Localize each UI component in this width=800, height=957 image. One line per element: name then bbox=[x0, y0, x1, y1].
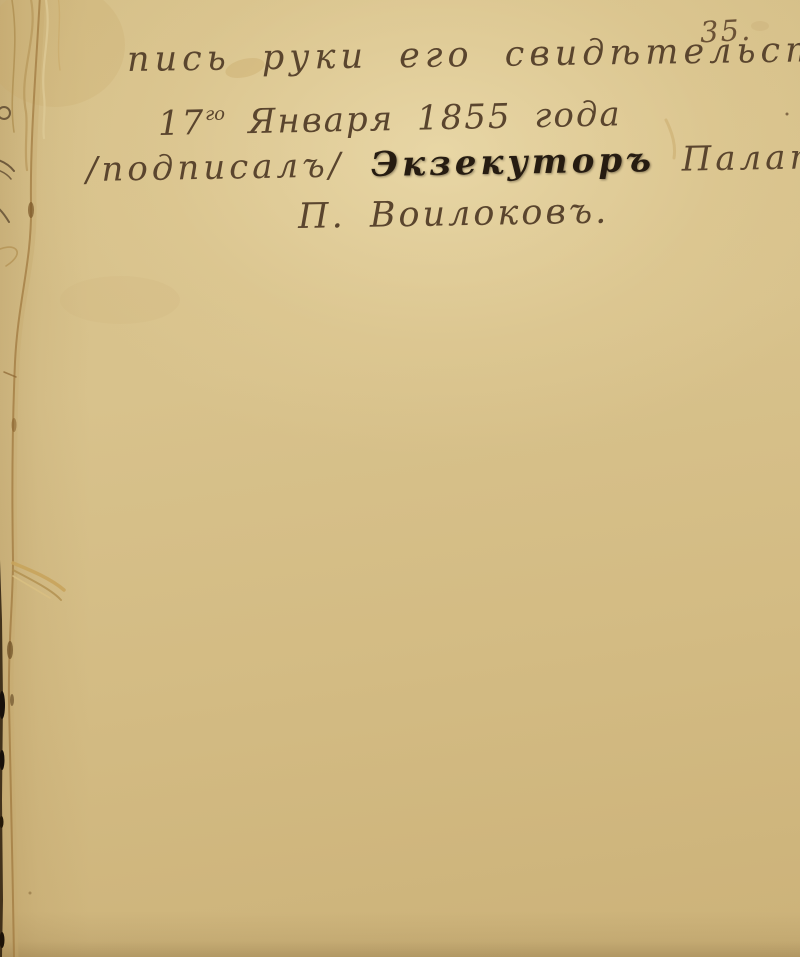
handwritten-line-date: 17го Января 1855 года bbox=[158, 94, 623, 144]
handwritten-line-certification: пись руки его свидѣтельствую. bbox=[127, 29, 800, 80]
manuscript-page: 35. пись руки его свидѣтельствую. 17го Я… bbox=[0, 0, 800, 957]
date-ordinal-suffix: го bbox=[205, 104, 225, 125]
date-day: 17 bbox=[158, 103, 206, 144]
title-chamber: Палаты bbox=[681, 137, 800, 180]
date-month-year: Января 1855 года bbox=[248, 94, 623, 142]
binding-crease bbox=[4, 0, 43, 957]
handwritten-line-signature: П. Воилоковъ. bbox=[298, 192, 610, 237]
edge-ink-marks bbox=[0, 107, 14, 222]
binding-shadow bbox=[0, 560, 5, 957]
binding-fibers-icon bbox=[0, 0, 125, 266]
signed-note: /подписалъ/ bbox=[86, 145, 345, 190]
thread-fiber bbox=[13, 563, 64, 600]
handwritten-line-signed-title: /подписалъ/ Экзекуторъ Палаты bbox=[86, 137, 800, 190]
title-executor: Экзекуторъ bbox=[371, 140, 656, 185]
